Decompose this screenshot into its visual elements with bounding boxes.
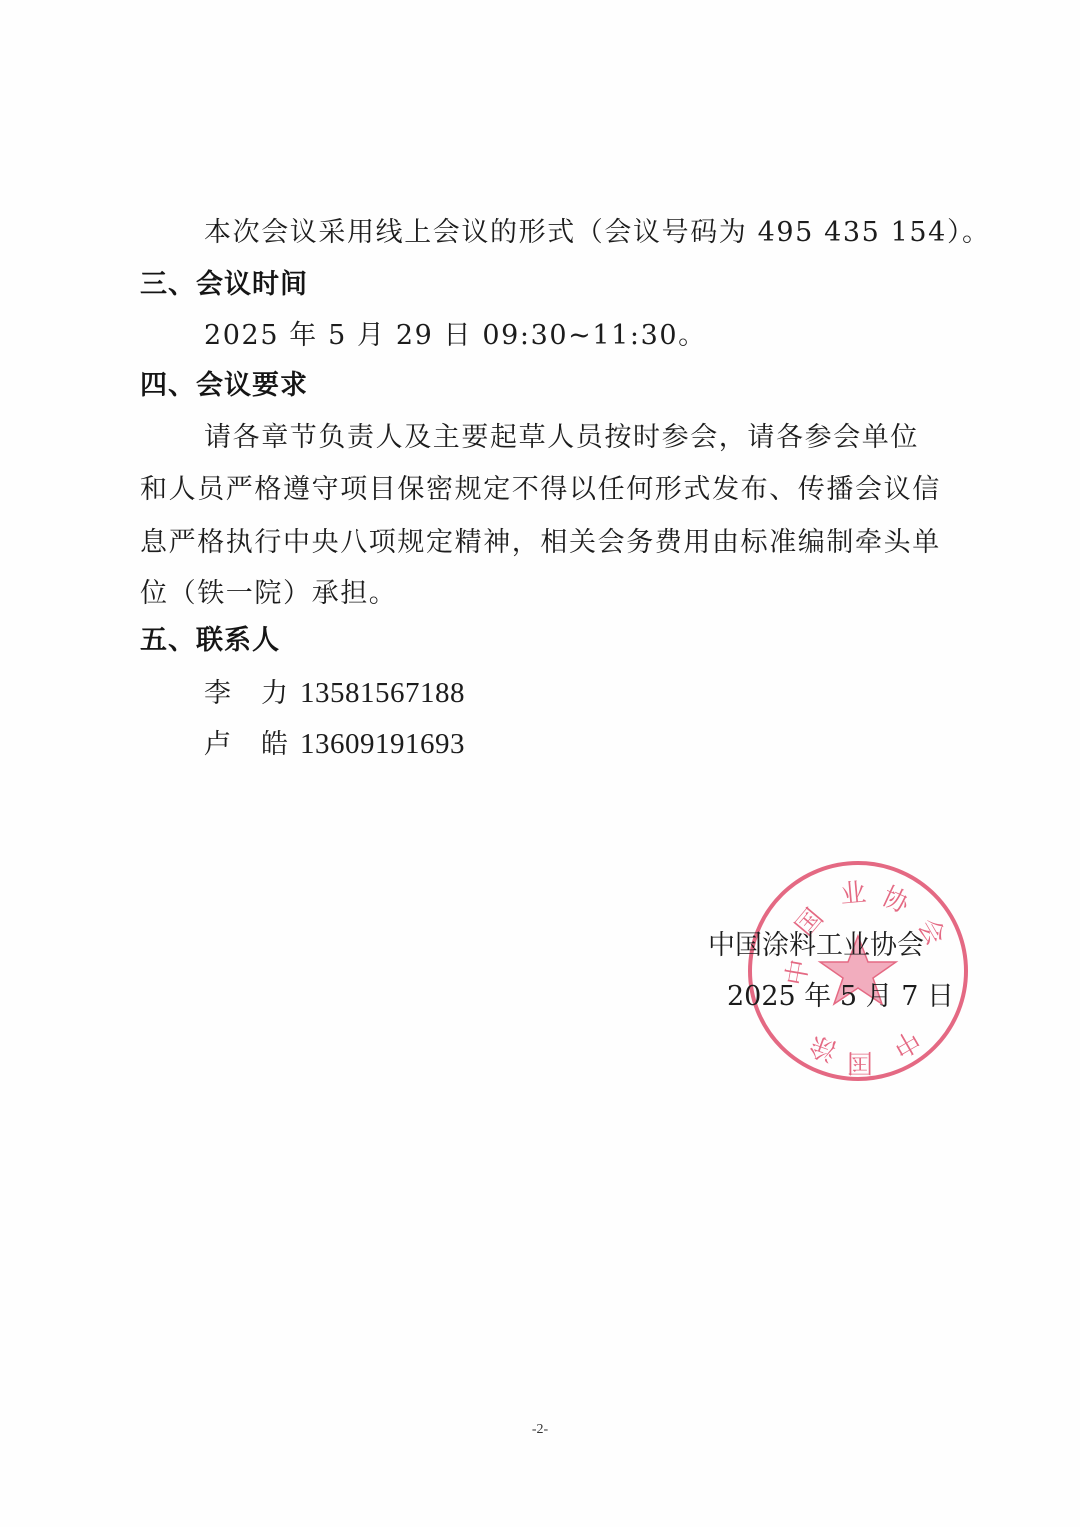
section-heading-contacts: 五、联系人	[140, 623, 280, 659]
document-page: 本次会议采用线上会议的形式（会议号码为 495 435 154）。 三、会议时间…	[0, 0, 1080, 1527]
svg-text:协: 协	[877, 882, 914, 921]
contact-row: 卢皓13609191693	[204, 726, 465, 763]
svg-text:国: 国	[847, 1047, 873, 1077]
contact-row: 李力13581567188	[204, 675, 465, 712]
section-heading-meeting-requirements: 四、会议要求	[140, 368, 308, 404]
requirements-line-4: 位（铁一院）承担。	[140, 576, 397, 612]
svg-text:业: 业	[839, 878, 868, 910]
contact-name: 李力	[204, 676, 300, 712]
requirements-line-3: 息严格执行中央八项规定精神，相关会务费用由标准编制牵头单	[140, 525, 941, 561]
contact-phone: 13581567188	[300, 675, 465, 711]
signing-organization: 中国涂料工业协会	[708, 928, 924, 964]
svg-text:涂: 涂	[806, 1029, 841, 1066]
meeting-time-text: 2025 年 5 月 29 日 09:30~11:30。	[204, 318, 707, 354]
page-number: -2-	[0, 1422, 1080, 1438]
meeting-format-text: 本次会议采用线上会议的形式（会议号码为 495 435 154）。	[204, 215, 991, 251]
contact-phone: 13609191693	[300, 726, 465, 762]
signing-date: 2025 年 5 月 7 日	[727, 979, 954, 1015]
section-heading-meeting-time: 三、会议时间	[140, 267, 308, 303]
contact-name: 卢皓	[204, 727, 300, 763]
requirements-line-2: 和人员严格遵守项目保密规定不得以任何形式发布、传播会议信	[140, 472, 941, 508]
official-seal-icon: 中 国 业 协 会 涂 国 中	[742, 858, 974, 1084]
svg-text:中: 中	[887, 1023, 925, 1062]
requirements-line-1: 请各章节负责人及主要起草人员按时参会，请各参会单位	[204, 420, 919, 456]
